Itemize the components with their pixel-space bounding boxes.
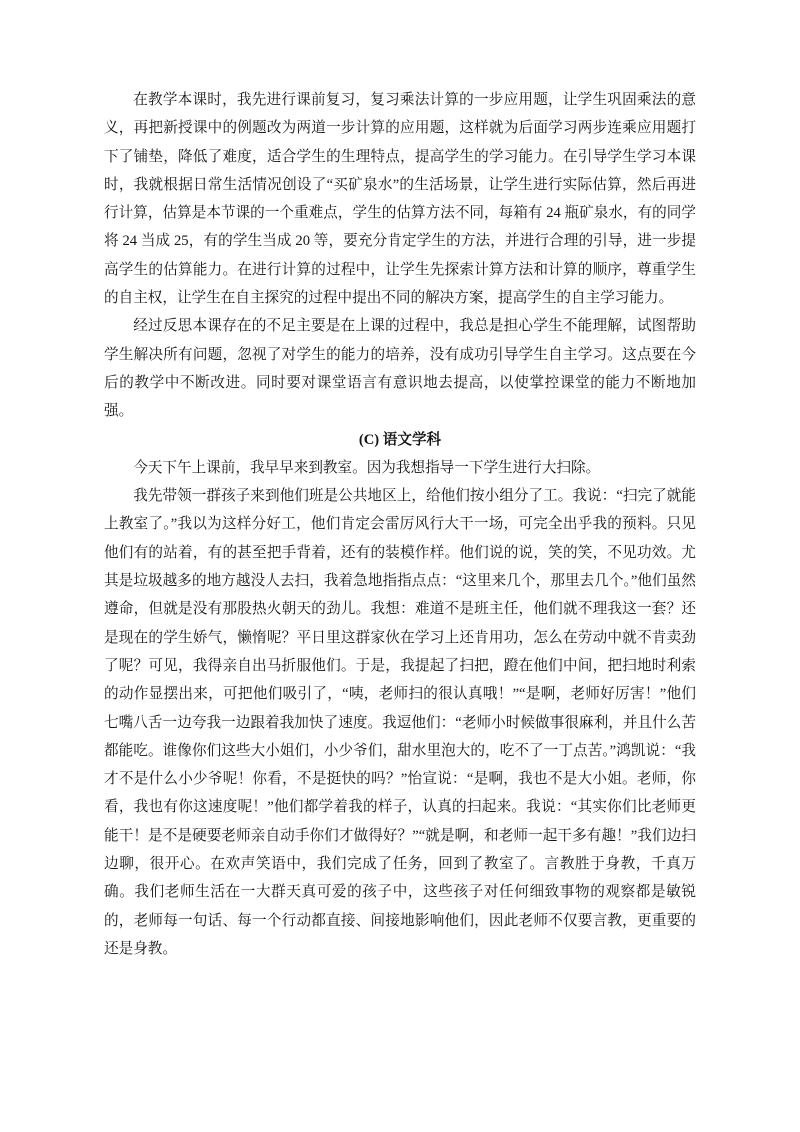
document-page: 在教学本课时，我先进行课前复习，复习乘法计算的一步应用题，让学生巩固乘法的意义，… — [0, 0, 800, 1132]
paragraph-math-reflection-teaching: 在教学本课时，我先进行课前复习，复习乘法计算的一步应用题，让学生巩固乘法的意义，… — [104, 86, 696, 312]
paragraph-cleaning-intro: 今天下午上课前，我早早来到教室。因为我想指导一下学生进行大扫除。 — [104, 454, 696, 482]
section-heading-chinese-subject: (C) 语文学科 — [104, 426, 696, 454]
paragraph-math-reflection-shortcomings: 经过反思本课存在的不足主要是在上课的过程中，我总是担心学生不能理解，试图帮助学生… — [104, 312, 696, 425]
paragraph-cleaning-story: 我先带领一群孩子来到他们班是公共地区上，给他们按小组分了工。我说：“扫完了就能上… — [104, 482, 696, 963]
